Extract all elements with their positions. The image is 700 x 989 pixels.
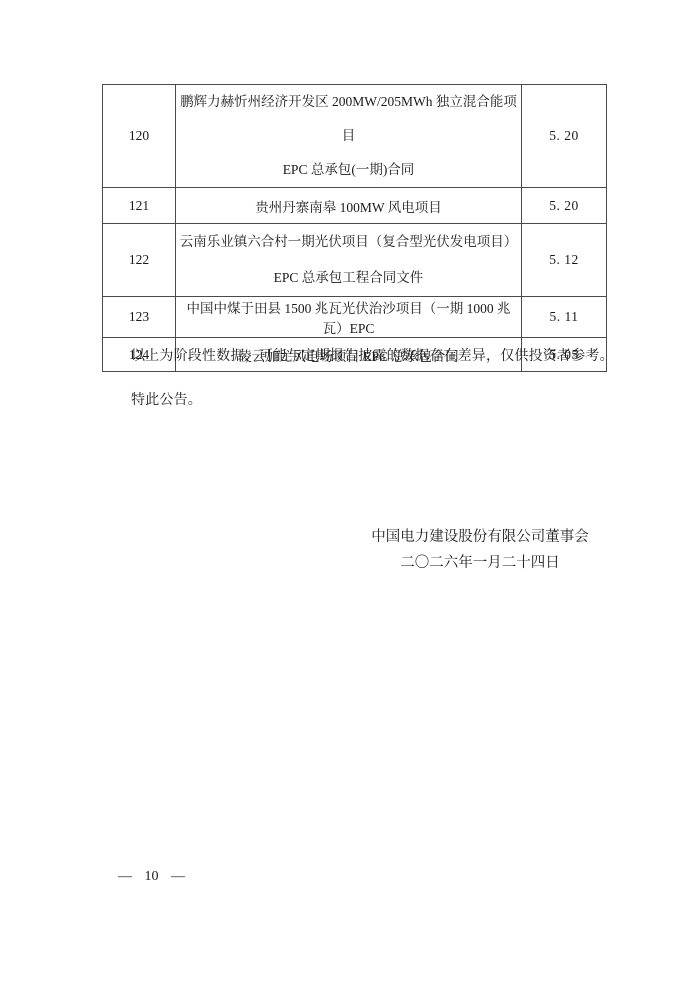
signature-block: 中国电力建设股份有限公司董事会 二〇二六年一月二十四日 [360, 524, 600, 576]
disclaimer-paragraph: 以上为阶段性数据，可能与定期报告披露的数据存在差异，仅供投资者参考。 [103, 347, 617, 366]
document-page: 120 鹏辉力赫忻州经济开发区 200MW/205MWh 独立混合能项目 EPC… [0, 0, 700, 989]
project-name-line1: 鹏辉力赫忻州经济开发区 200MW/205MWh 独立混合能项目 [178, 85, 519, 153]
table-row: 120 鹏辉力赫忻州经济开发区 200MW/205MWh 独立混合能项目 EPC… [103, 85, 607, 188]
cell-row-number: 121 [103, 188, 176, 224]
cell-amount: 5. 11 [522, 297, 607, 338]
cell-row-number: 120 [103, 85, 176, 188]
signature-date: 二〇二六年一月二十四日 [360, 550, 600, 576]
project-name-line1: 云南乐业镇六合村一期光伏项目（复合型光伏发电项目） [178, 224, 519, 260]
signature-issuer: 中国电力建设股份有限公司董事会 [360, 524, 600, 550]
table-row: 121 贵州丹寨南皋 100MW 风电项目 5. 20 [103, 188, 607, 224]
table-row: 122 云南乐业镇六合村一期光伏项目（复合型光伏发电项目） EPC 总承包工程合… [103, 224, 607, 297]
cell-project-name: 云南乐业镇六合村一期光伏项目（复合型光伏发电项目） EPC 总承包工程合同文件 [176, 224, 522, 297]
table-row: 123 中国中煤于田县 1500 兆瓦光伏治沙项目（一期 1000 兆瓦）EPC… [103, 297, 607, 338]
closing-paragraph: 特此公告。 [103, 391, 617, 410]
cell-project-name: 贵州丹寨南皋 100MW 风电项目 [176, 188, 522, 224]
project-name-line2: EPC 总承包工程合同文件 [178, 260, 519, 296]
cell-amount: 5. 12 [522, 224, 607, 297]
cell-project-name: 鹏辉力赫忻州经济开发区 200MW/205MWh 独立混合能项目 EPC 总承包… [176, 85, 522, 188]
cell-row-number: 122 [103, 224, 176, 297]
page-number: — 10 — [118, 869, 185, 885]
cell-project-name: 中国中煤于田县 1500 兆瓦光伏治沙项目（一期 1000 兆瓦）EPC [176, 297, 522, 338]
contracts-table: 120 鹏辉力赫忻州经济开发区 200MW/205MWh 独立混合能项目 EPC… [102, 84, 607, 372]
project-name-line2: EPC 总承包(一期)合同 [178, 153, 519, 187]
cell-amount: 5. 20 [522, 188, 607, 224]
cell-row-number: 123 [103, 297, 176, 338]
cell-amount: 5. 20 [522, 85, 607, 188]
